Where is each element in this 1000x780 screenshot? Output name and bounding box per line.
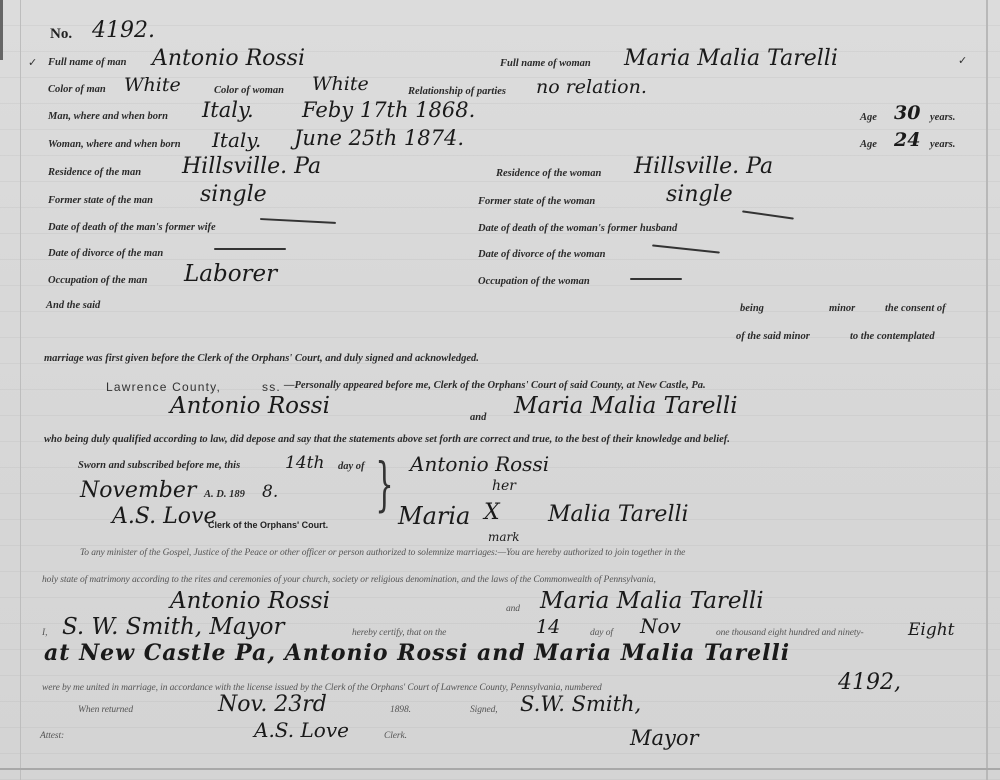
when-returned-label: When returned (78, 705, 133, 715)
x-mark-icon: X (484, 500, 500, 525)
check-mark-icon: ✓ (958, 54, 967, 67)
man-born-label: Man, where and when born (48, 111, 168, 122)
sworn-text: Sworn and subscribed before me, this (78, 460, 240, 471)
affidavit-party2: Maria Malia Tarelli (514, 393, 738, 419)
sworn-ad: A. D. 189 (204, 489, 245, 500)
woman-occupation-dash (630, 278, 682, 280)
check-mark-icon: ✓ (28, 56, 37, 69)
affidavit-party1: Antonio Rossi (170, 393, 330, 419)
relationship-value: no relation. (536, 76, 647, 98)
woman-occupation-label: Occupation of the woman (478, 276, 590, 287)
attest-label: Attest: (40, 731, 64, 741)
margin-rule (20, 0, 21, 780)
sworn-year-digit: 8. (262, 482, 278, 502)
man-former-state-label: Former state of the man (48, 195, 153, 206)
woman-divorce-dash (652, 244, 720, 253)
record-number-value: 4192. (92, 18, 155, 43)
woman-color-value: White (312, 73, 369, 95)
certify-text: hereby certify, that on the (352, 628, 446, 638)
return-date: Nov. 23rd (218, 692, 327, 717)
mayor-title: Mayor (630, 726, 699, 750)
woman-former-state-value: single (666, 182, 733, 207)
man-born-place: Italy. (202, 98, 254, 122)
clerk-title: Clerk of the Orphans' Court. (208, 520, 328, 530)
being-text: being (740, 303, 764, 314)
clerk-signature: A.S. Love (112, 504, 216, 529)
marriage-license-document: No. 4192. ✓ Full name of man Antonio Ros… (0, 0, 1000, 780)
woman-born-label: Woman, where and when born (48, 139, 181, 150)
man-name-value: Antonio Rossi (152, 46, 305, 71)
man-residence-value: Hillsville. Pa (182, 154, 321, 179)
man-divorce-label: Date of divorce of the man (48, 248, 163, 259)
scan-edge (0, 0, 3, 60)
minor-text: minor (829, 303, 855, 314)
certificate-year-hand: Eight (908, 620, 955, 640)
woman-name-label: Full name of woman (500, 58, 591, 69)
of-said-minor-text: of the said minor (736, 331, 810, 342)
man-death-former-label: Date of death of the man's former wife (48, 222, 216, 233)
woman-color-label: Color of woman (214, 85, 284, 96)
affidavit-and: and (470, 412, 486, 423)
man-former-state-value: single (200, 182, 267, 207)
return-year: 1898. (390, 705, 411, 715)
man-age-value: 30 (894, 102, 920, 124)
consent-line-3: marriage was first given before the Cler… (44, 353, 479, 364)
mark-text: mark (488, 530, 520, 544)
woman-age-label: Age (860, 139, 877, 150)
woman-death-former-label: Date of death of the woman's former husb… (478, 223, 677, 234)
certificate-month: Nov (640, 614, 681, 638)
certificate-license-no: 4192, (838, 670, 901, 695)
license-line-1: To any minister of the Gospel, Justice o… (80, 548, 685, 558)
license-party1: Antonio Rossi (170, 588, 330, 614)
certificate-day: 14 (536, 616, 560, 638)
woman-name-value: Maria Malia Tarelli (624, 46, 838, 71)
man-occupation-label: Occupation of the man (48, 275, 147, 286)
man-residence-label: Residence of the man (48, 167, 141, 178)
man-color-label: Color of man (48, 84, 106, 95)
county-heading: Lawrence County, (106, 380, 221, 394)
return-signature: S.W. Smith, (520, 692, 641, 716)
bottom-rule (0, 768, 1000, 770)
man-color-value: White (124, 74, 181, 96)
certificate-year-text: one thousand eight hundred and ninety- (716, 628, 864, 638)
consent-of-text: the consent of (885, 303, 946, 314)
woman-signature-first: Maria (398, 502, 470, 530)
woman-born-place: Italy. (212, 128, 261, 152)
man-age-label: Age (860, 112, 877, 123)
man-born-date: Feby 17th 1868. (302, 98, 475, 122)
right-margin-rule (986, 0, 988, 780)
woman-residence-value: Hillsville. Pa (634, 154, 773, 179)
woman-divorce-label: Date of divorce of the woman (478, 249, 605, 260)
woman-death-former-dash (742, 210, 794, 219)
man-divorce-dash (214, 248, 286, 250)
record-number-label: No. (50, 26, 72, 43)
man-name-label: Full name of man (48, 57, 126, 68)
attest-clerk: Clerk. (384, 731, 407, 741)
and-the-said-text: And the said (46, 300, 100, 311)
woman-born-date: June 25th 1874. (294, 126, 464, 150)
her-text: her (492, 478, 516, 494)
woman-signature-rest: Malia Tarelli (548, 502, 689, 527)
woman-residence-label: Residence of the woman (496, 168, 601, 179)
woman-former-state-label: Former state of the woman (478, 196, 595, 207)
license-line-2: holy state of matrimony according to the… (42, 575, 656, 585)
woman-age-unit: years. (930, 139, 955, 150)
relationship-label: Relationship of parties (408, 86, 506, 97)
certificate-i: I, (42, 628, 47, 638)
appeared-text: —Personally appeared before me, Clerk of… (284, 380, 706, 391)
affidavit-statement: who being duly qualified according to la… (44, 434, 730, 445)
certificate-day-of: day of (590, 628, 613, 638)
woman-age-value: 24 (894, 129, 920, 151)
sworn-day-of: day of (338, 461, 365, 472)
brace-icon: } (375, 455, 393, 513)
sworn-month: November (80, 478, 196, 503)
attest-signature: A.S. Love (254, 718, 349, 742)
man-occupation-value: Laborer (184, 261, 277, 287)
man-signature: Antonio Rossi (410, 452, 549, 476)
signed-label: Signed, (470, 705, 498, 715)
sworn-day: 14th (285, 453, 324, 473)
certificate-place-line: at New Castle Pa, Antonio Rossi and Mari… (44, 640, 790, 666)
man-death-former-dash (260, 218, 336, 223)
ss-text: ss. (262, 380, 281, 394)
license-and: and (506, 604, 520, 614)
man-age-unit: years. (930, 112, 955, 123)
to-contemplated-text: to the contemplated (850, 331, 935, 342)
officiant-name: S. W. Smith, Mayor (62, 614, 285, 640)
license-party2: Maria Malia Tarelli (540, 588, 764, 614)
